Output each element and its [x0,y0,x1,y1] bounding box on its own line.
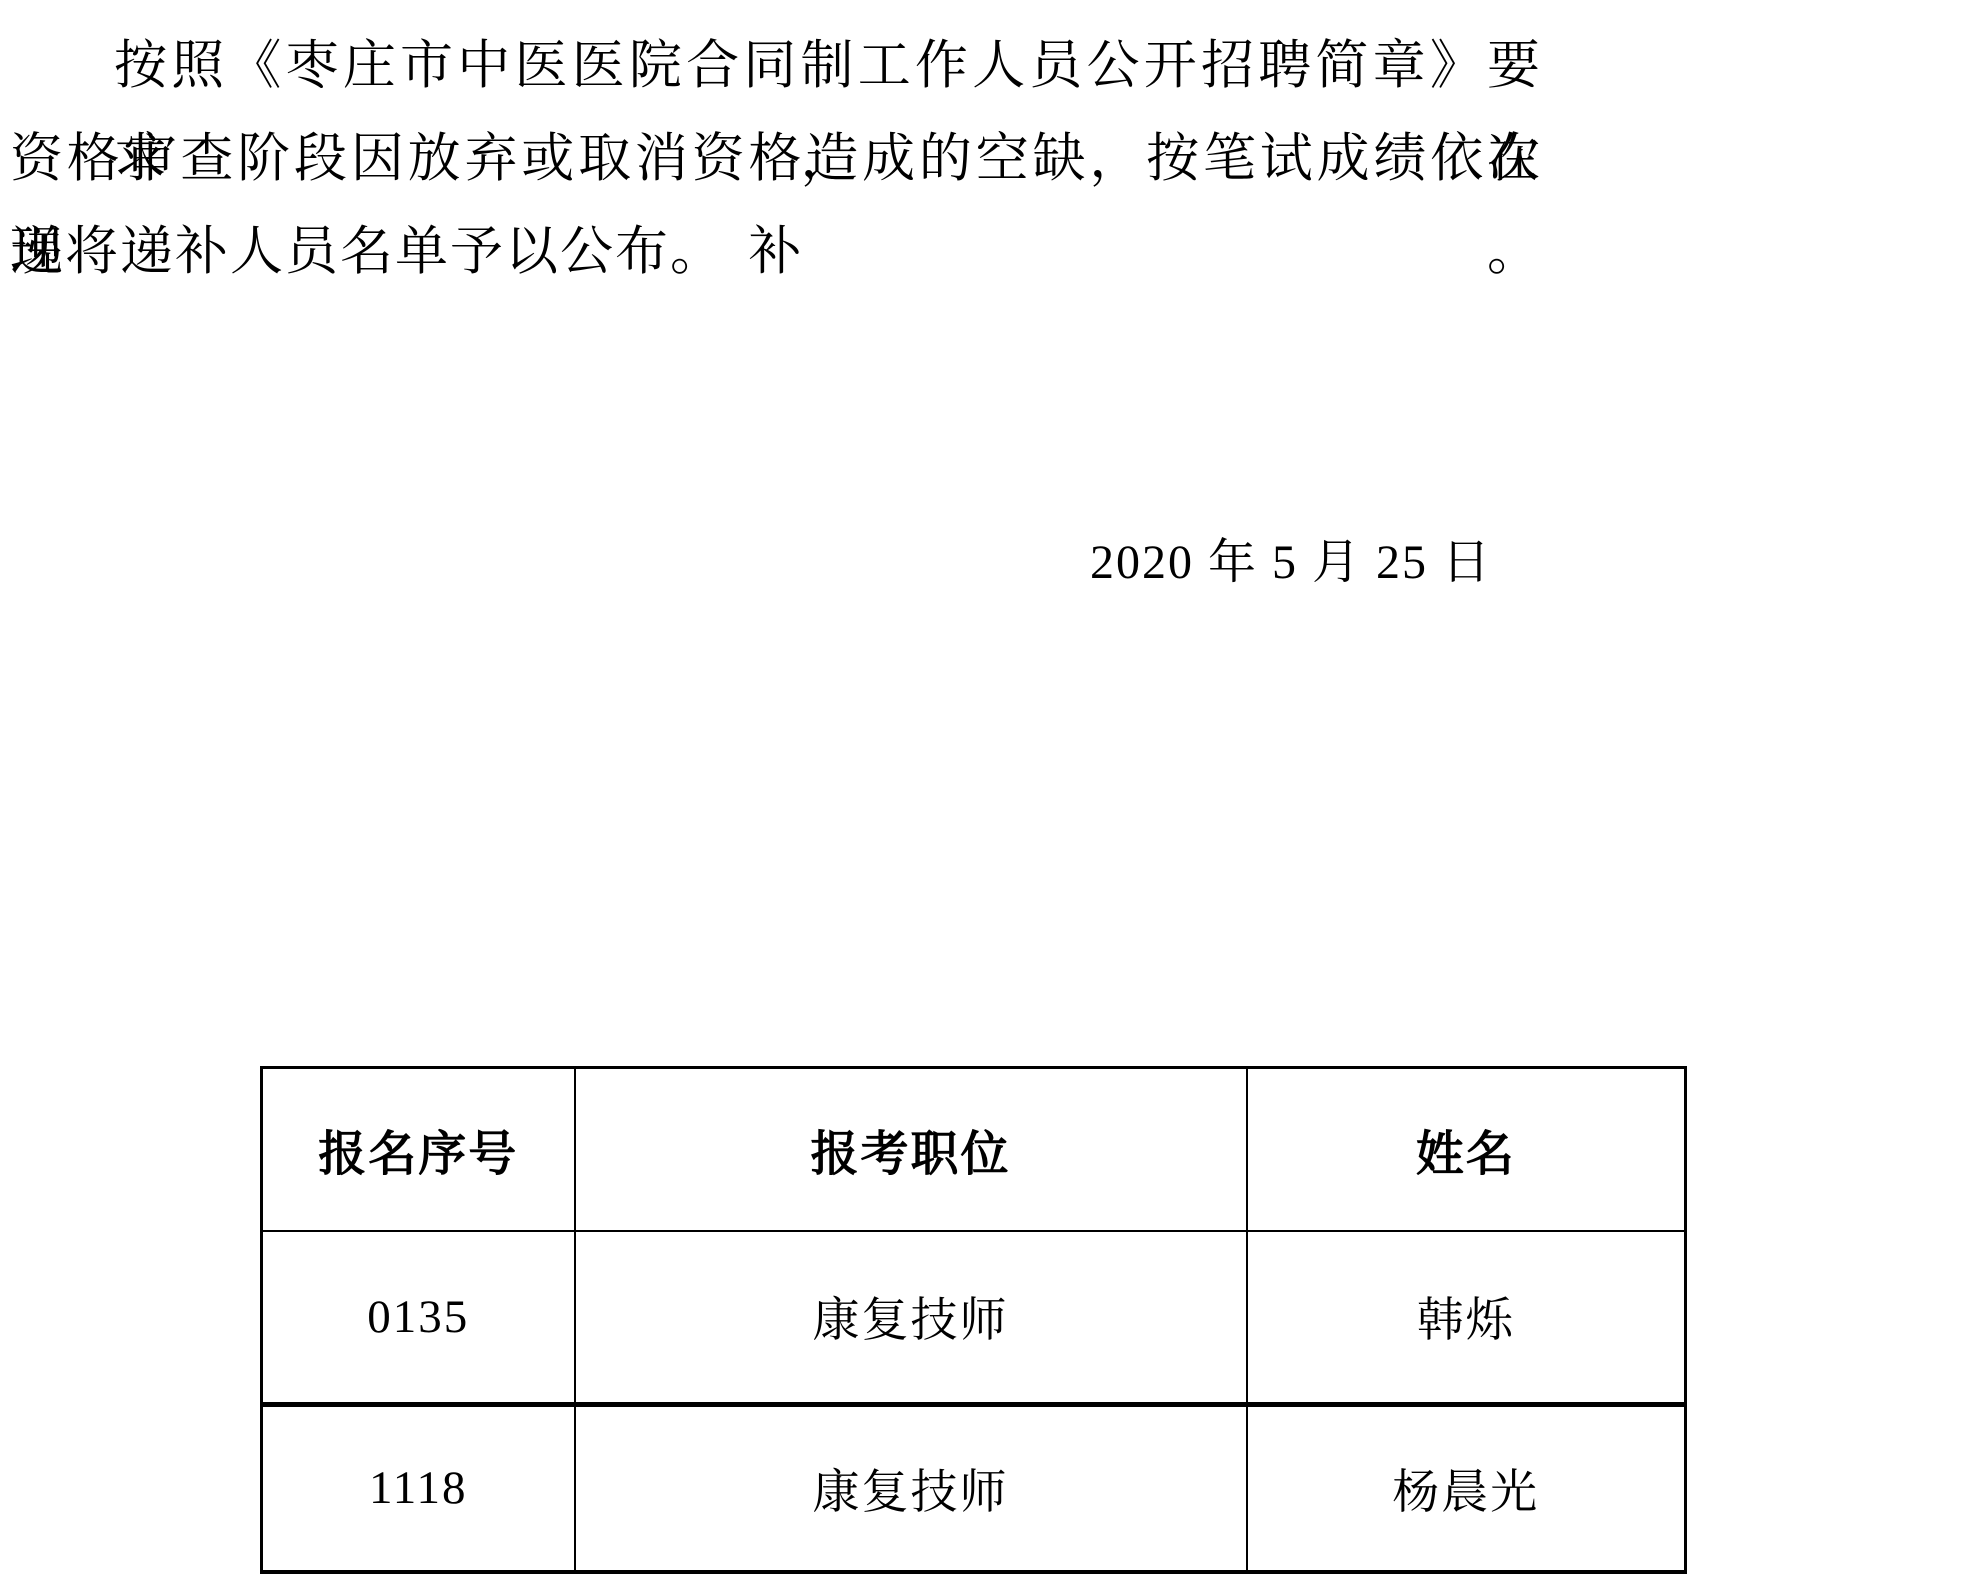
body-paragraph: 按照《枣庄市中医医院合同制工作人员公开招聘简章》要求，在 资格审查阶段因放弃或取… [10,20,1542,299]
paragraph-line-1: 按照《枣庄市中医医院合同制工作人员公开招聘简章》要求，在 [10,20,1542,113]
cell-position: 康复技师 [575,1405,1247,1572]
table-header-row: 报名序号 报考职位 姓名 [262,1068,1686,1231]
cell-registration-number: 1118 [262,1405,575,1572]
cell-registration-number: 0135 [262,1231,575,1405]
candidate-table: 报名序号 报考职位 姓名 0135 康复技师 韩烁 1118 康复技师 杨晨光 [260,1066,1687,1574]
cell-name: 韩烁 [1247,1231,1686,1405]
date-line: 2020 年 5 月 25 日 [1090,528,1492,598]
column-header-name: 姓名 [1247,1068,1686,1231]
column-header-registration-number: 报名序号 [262,1068,575,1231]
table-row: 0135 康复技师 韩烁 [262,1231,1686,1405]
cell-position: 康复技师 [575,1231,1247,1405]
document-page: 按照《枣庄市中医医院合同制工作人员公开招聘简章》要求，在 资格审查阶段因放弃或取… [0,0,1977,1584]
paragraph-line-2: 资格审查阶段因放弃或取消资格造成的空缺，按笔试成绩依次递补。 [10,113,1542,206]
cell-name: 杨晨光 [1247,1405,1686,1572]
table-row: 1118 康复技师 杨晨光 [262,1405,1686,1572]
column-header-position: 报考职位 [575,1068,1247,1231]
